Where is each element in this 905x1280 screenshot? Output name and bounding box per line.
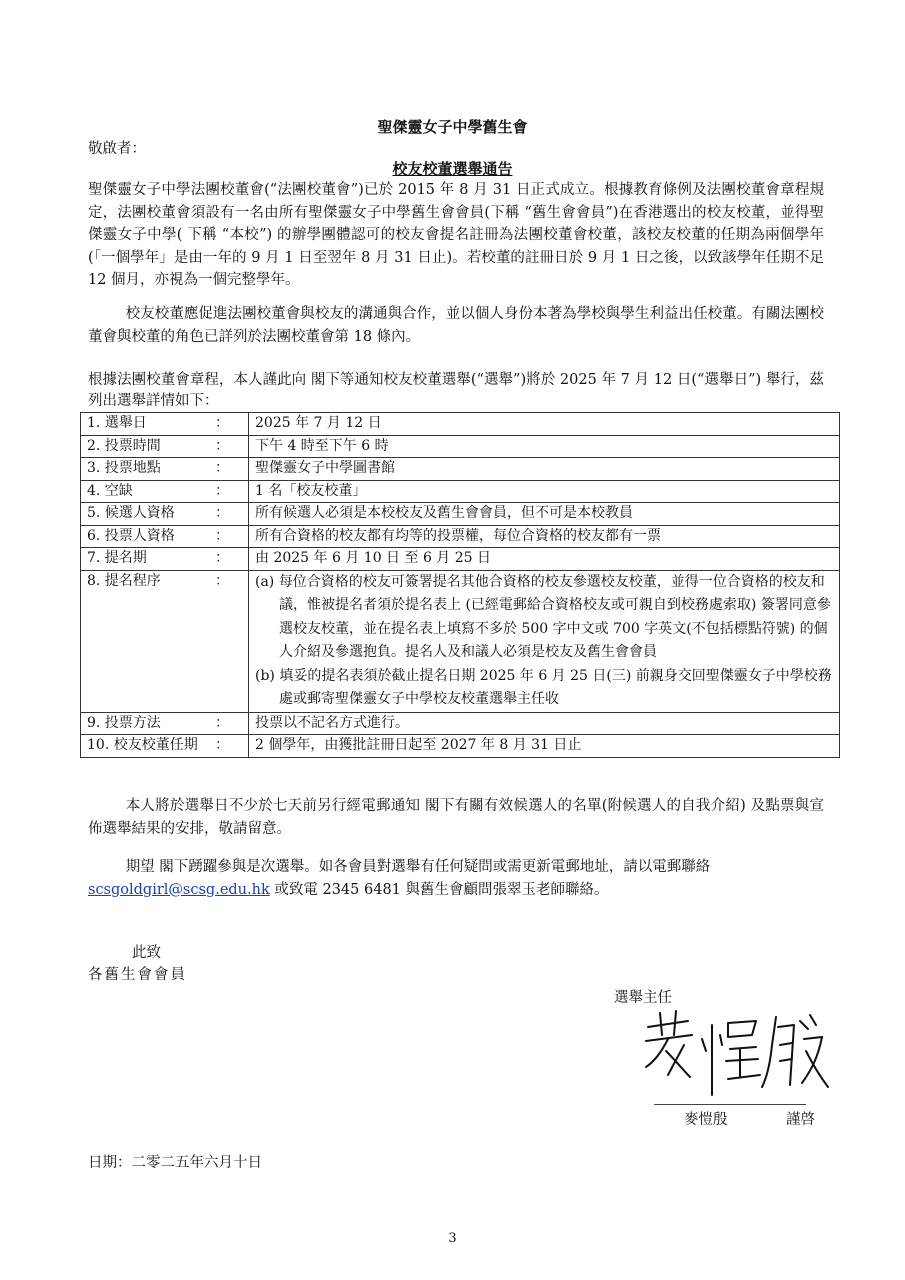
signer-role: 選舉主任 xyxy=(614,986,672,1007)
table-row: 7. 提名期： 由 2025 年 6 月 10 日 至 6 月 25 日 xyxy=(81,548,840,571)
row-label: 2. 投票時間 xyxy=(87,436,215,458)
organization-title: 聖傑靈女子中學舊生會 xyxy=(0,116,905,137)
regards: 謹啓 xyxy=(786,1108,815,1129)
procedure-item-b: (b) 填妥的提名表須於截止提名日期 2025 年 6 月 25 日(三) 前親… xyxy=(255,665,833,712)
table-row: 1. 選舉日： 2025 年 7 月 12 日 xyxy=(81,413,840,436)
document-date: 日期：二零二五年六月十日 xyxy=(88,1151,262,1172)
table-row: 10. 校友校董任期： 2 個學年，由獲批註冊日起至 2027 年 8 月 31… xyxy=(81,735,840,758)
row-value: 2025 年 7 月 12 日 xyxy=(249,413,840,436)
row-label: 5. 候選人資格 xyxy=(87,503,215,525)
closing-line: 此致 xyxy=(132,941,161,962)
table-row: 3. 投票地點： 聖傑靈女子中學圖書館 xyxy=(81,458,840,481)
row-label: 7. 提名期 xyxy=(87,548,215,570)
recipients: 各舊生會會員 xyxy=(88,963,187,984)
role-paragraph: 校友校董應促進法團校董會與校友的溝通與合作，並以個人身份本著為學校與學生利益出任… xyxy=(88,303,824,348)
handwritten-signature xyxy=(640,1005,830,1100)
row-value-nomination-procedure: (a) 每位合資格的校友可簽署提名其他合資格的校友參選校友校董，並得一位合資格的… xyxy=(249,570,840,712)
table-row: 2. 投票時間： 下午 4 時至下午 6 時 xyxy=(81,435,840,458)
notice-title: 校友校董選舉通告 xyxy=(0,158,905,179)
table-row: 6. 投票人資格： 所有合資格的校友都有均等的投票權，每位合資格的校友都有一票 xyxy=(81,525,840,548)
row-value: 2 個學年，由獲批註冊日起至 2027 年 8 月 31 日止 xyxy=(249,735,840,758)
row-label: 3. 投票地點 xyxy=(87,458,215,480)
notification-paragraph: 本人將於選舉日不少於七天前另行經電郵通知 閣下有關有效候選人的名單(附候選人的自… xyxy=(88,795,824,840)
row-label: 8. 提名程序 xyxy=(87,571,215,593)
procedure-item-a: (a) 每位合資格的校友可簽署提名其他合資格的校友參選校友校董，並得一位合資格的… xyxy=(255,571,833,665)
page-number: 3 xyxy=(0,1231,905,1246)
intro-paragraph: 聖傑靈女子中學法團校董會(“法團校董會”)已於 2015 年 8 月 31 日正… xyxy=(88,179,824,292)
row-value: 下午 4 時至下午 6 時 xyxy=(249,435,840,458)
row-label: 9. 投票方法 xyxy=(87,713,215,735)
email-link[interactable]: scsgoldgirl@scsg.edu.hk xyxy=(88,882,270,898)
table-row: 5. 候選人資格： 所有候選人必須是本校校友及舊生會會員，但不可是本校教員 xyxy=(81,503,840,526)
row-label: 4. 空缺 xyxy=(87,481,215,503)
row-label: 10. 校友校董任期 xyxy=(87,735,215,757)
row-value: 所有合資格的校友都有均等的投票權，每位合資格的校友都有一票 xyxy=(249,525,840,548)
row-value: 所有候選人必須是本校校友及舊生會會員，但不可是本校教員 xyxy=(249,503,840,526)
table-row: 9. 投票方法： 投票以不記名方式進行。 xyxy=(81,712,840,735)
row-value: 由 2025 年 6 月 10 日 至 6 月 25 日 xyxy=(249,548,840,571)
row-value: 1 名「校友校董」 xyxy=(249,480,840,503)
row-label: 1. 選舉日 xyxy=(87,413,215,435)
signature-line xyxy=(654,1104,806,1105)
signer-name: 麥愷殷 xyxy=(684,1108,728,1129)
row-value: 投票以不記名方式進行。 xyxy=(249,712,840,735)
election-announcement-paragraph: 根據法團校董會章程，本人謹此向 閣下等通知校友校董選舉(“選舉”)將於 2025… xyxy=(88,370,824,412)
contact-paragraph: 期望 閣下踴躍參與是次選舉。如各會員對選舉有任何疑問或需更新電郵地址，請以電郵聯… xyxy=(88,856,824,901)
table-row: 4. 空缺： 1 名「校友校董」 xyxy=(81,480,840,503)
salutation: 敬啟者： xyxy=(88,137,146,158)
table-row: 8. 提名程序： (a) 每位合資格的校友可簽署提名其他合資格的校友參選校友校董… xyxy=(81,570,840,712)
row-label: 6. 投票人資格 xyxy=(87,526,215,548)
election-details-table: 1. 選舉日： 2025 年 7 月 12 日 2. 投票時間： 下午 4 時至… xyxy=(80,412,840,758)
row-value: 聖傑靈女子中學圖書館 xyxy=(249,458,840,481)
